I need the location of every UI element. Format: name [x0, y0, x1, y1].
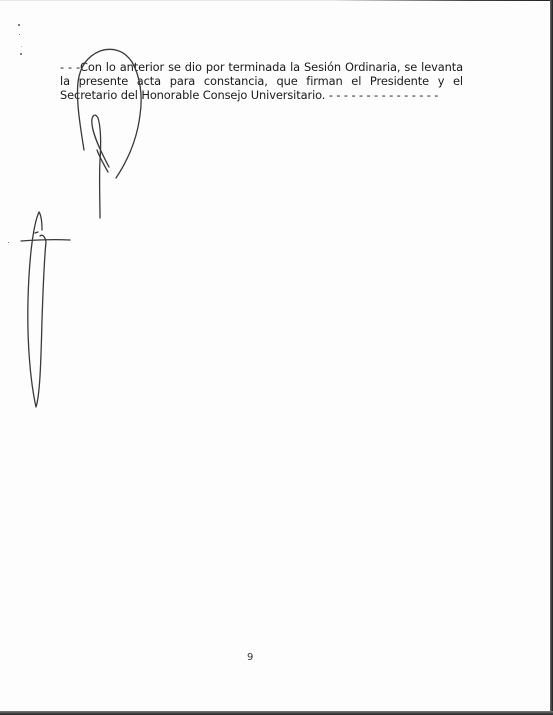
paragraph-line-1: - - -Con lo anterior se dio por terminad… [60, 60, 463, 74]
page-number: 9 [247, 652, 253, 663]
closing-paragraph: - - -Con lo anterior se dio por terminad… [60, 60, 463, 102]
document-page: - - -Con lo anterior se dio por terminad… [0, 0, 550, 711]
paragraph-line-3: Secretario del Honorable Consejo Univers… [60, 88, 463, 102]
paragraph-line-2: la presente acta para constancia, que fi… [60, 74, 463, 88]
scan-edge-bottom [0, 711, 553, 715]
scan-edge-top [0, 0, 553, 1]
